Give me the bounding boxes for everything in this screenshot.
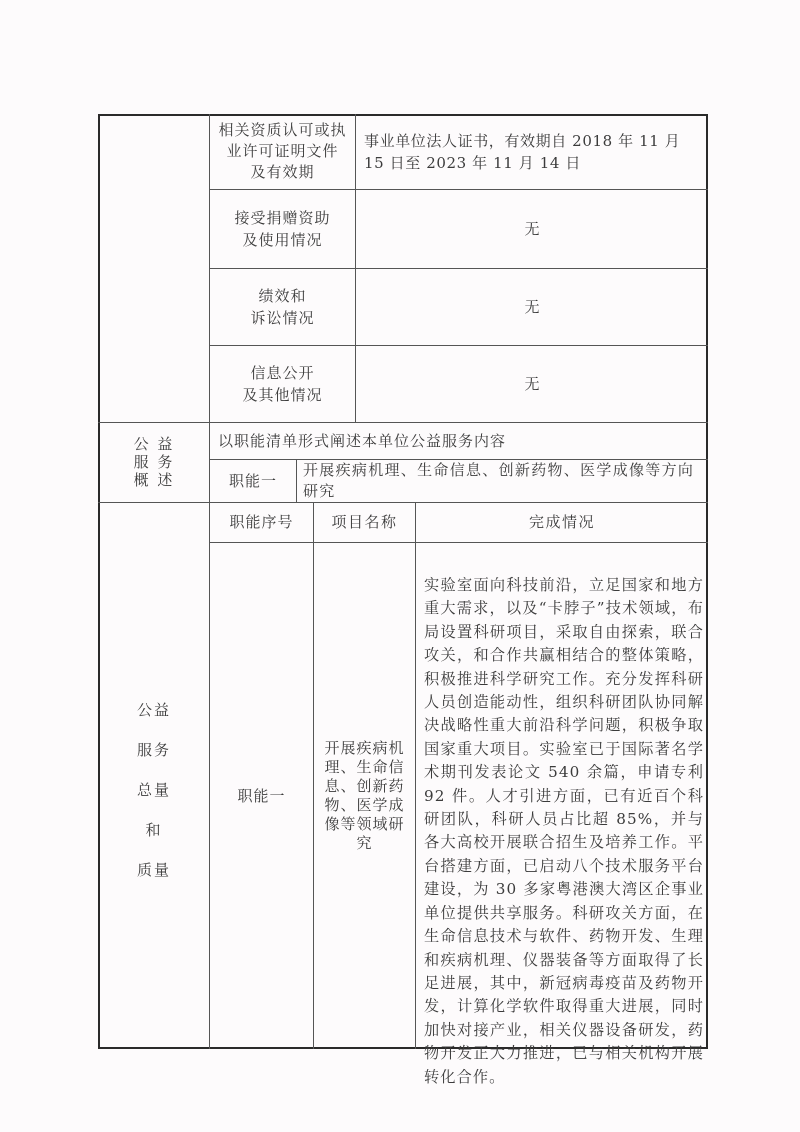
row-seq: 职能一 <box>210 542 313 1049</box>
service-quality-label-line: 质量 <box>137 850 171 890</box>
header-seq: 职能序号 <box>210 502 313 542</box>
disclosure-label-line: 及其他情况 <box>242 384 322 406</box>
service-overview-label-line: 概 述 <box>134 471 175 489</box>
header-completion: 完成情况 <box>416 502 708 542</box>
service-quality-label: 公益 服务 总量 和 质量 <box>99 690 209 890</box>
divider-overview-function <box>296 459 297 502</box>
service-quality-label-line: 总量 <box>137 770 171 810</box>
service-overview-function-desc: 开展疾病机理、生命信息、创新药物、医学成像等方向研究 <box>303 460 705 502</box>
service-overview-function-label: 职能一 <box>210 459 296 502</box>
row-project-cell: 开展疾病机理、生命信息、创新药物、医学成像等领域研究 <box>314 542 415 1049</box>
header-project: 项目名称 <box>314 502 415 542</box>
disclosure-value: 无 <box>356 345 708 422</box>
service-overview-label-line: 服 务 <box>134 453 175 471</box>
disclosure-label-line: 信息公开 <box>250 362 314 384</box>
donation-label: 接受捐赠资助 及使用情况 <box>210 189 355 268</box>
performance-value: 无 <box>356 268 708 345</box>
service-overview-label: 公 益 服 务 概 述 <box>99 422 209 502</box>
qualification-label-line: 及有效期 <box>250 162 314 183</box>
qualification-value: 事业单位法人证书，有效期自 2018 年 11 月 15 日至 2023 年 1… <box>364 130 702 174</box>
qualification-label: 相关资质认可或执 业许可证明文件 及有效期 <box>210 114 355 189</box>
service-overview-label-line: 公 益 <box>134 435 175 453</box>
performance-label: 绩效和 诉讼情况 <box>210 268 355 345</box>
donation-label-line: 及使用情况 <box>242 229 322 251</box>
divider-project-completion <box>415 502 416 1049</box>
service-quality-label-line: 和 <box>145 810 162 850</box>
qualification-label-line: 相关资质认可或执 <box>218 120 346 141</box>
service-quality-label-line: 服务 <box>137 730 171 770</box>
donation-label-line: 接受捐赠资助 <box>234 207 330 229</box>
service-quality-label-line: 公益 <box>137 690 171 730</box>
disclosure-label: 信息公开 及其他情况 <box>210 345 355 422</box>
performance-label-line: 诉讼情况 <box>250 307 314 329</box>
donation-value: 无 <box>356 189 708 268</box>
qualification-label-line: 业许可证明文件 <box>226 141 338 162</box>
service-overview-intro: 以职能清单形式阐述本单位公益服务内容 <box>218 430 698 452</box>
row-project: 开展疾病机理、生命信息、创新药物、医学成像等领域研究 <box>321 739 409 853</box>
performance-label-line: 绩效和 <box>258 285 306 307</box>
row-completion: 实验室面向科技前沿，立足国家和地方重大需求，以及“卡脖子”技术领域，布局设置科研… <box>424 574 704 1089</box>
